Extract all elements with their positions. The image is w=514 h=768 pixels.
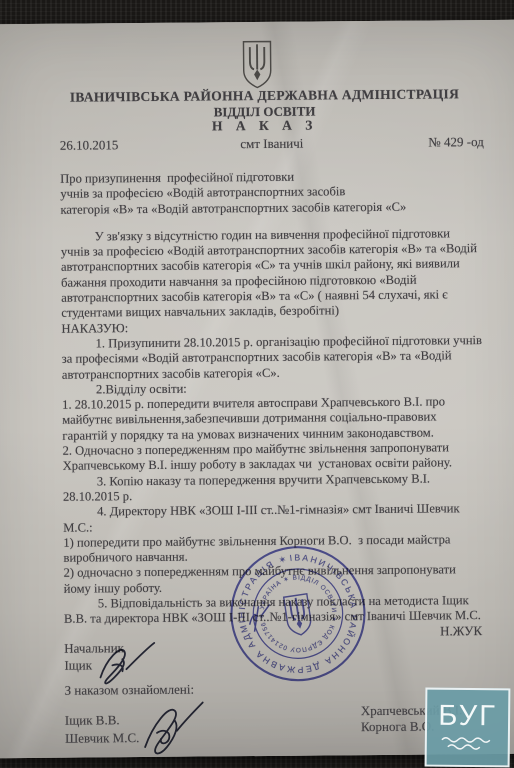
waves-icon bbox=[439, 735, 495, 754]
signature-ishchyk bbox=[100, 643, 154, 684]
watermark-text: БУГ bbox=[438, 702, 497, 732]
doc-meta-row: 26.10.2015 смт Іваничі № 429 -од bbox=[60, 134, 484, 154]
handwritten-signatures bbox=[82, 612, 303, 764]
doc-type-title: Н А К А З bbox=[28, 116, 502, 136]
acknowledged-name-4: Корнога В.О. bbox=[361, 718, 435, 735]
signer-surname: Н.ЖУК bbox=[440, 623, 482, 639]
bug-media-watermark: БУГ bbox=[425, 688, 511, 768]
photo-of-document: ІВАНИЧІВСЬКА РАЙОННА ДЕРЖАВНА АДМІНІСТРА… bbox=[0, 0, 514, 768]
doc-date: 26.10.2015 bbox=[60, 137, 201, 154]
document-paper: ІВАНИЧІВСЬКА РАЙОННА ДЕРЖАВНА АДМІНІСТРА… bbox=[0, 20, 514, 759]
doc-place: смт Іваничі bbox=[201, 135, 342, 152]
doc-number: № 429 -од bbox=[342, 134, 483, 151]
signature-ishchyk-vv bbox=[145, 703, 203, 754]
